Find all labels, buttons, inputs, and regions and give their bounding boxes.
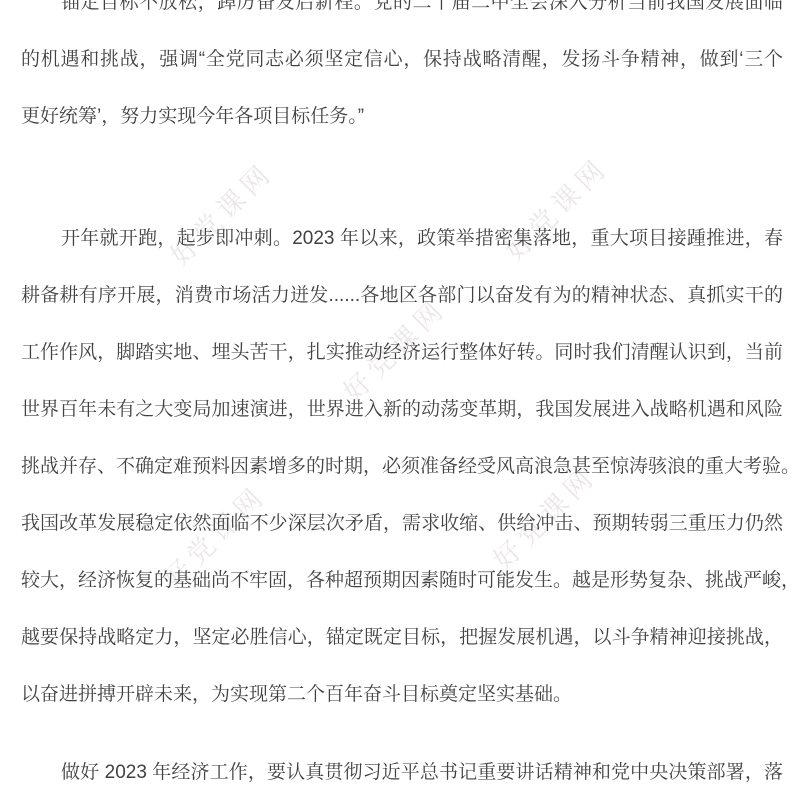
text-line: 工作作风，脚踏实地、埋头苦干，扎实推动经济运行整体好转。同时我们清醒认识到，当前 <box>21 324 783 381</box>
paragraph: 开年就开跑，起步即冲刺。2023 年以来，政策举措密集落地，重大项目接踵推进，春… <box>21 210 783 723</box>
text-line: 以奋进拼搏开辟未来，为实现第二个百年奋斗目标奠定坚实基础。 <box>21 666 783 723</box>
paragraph: 锚定目标不放松，踔厉奋发启新程。党的二十届二中全会深入分析当前我国发展面临 的机… <box>21 0 783 145</box>
text-line: 较大，经济恢复的基础尚不牢固，各种超预期因素随时可能发生。越是形势复杂、挑战严峻… <box>21 552 783 609</box>
text-line: 世界百年未有之大变局加速演进，世界进入新的动荡变革期，我国发展进入战略机遇和风险 <box>21 381 783 438</box>
paragraph: 做好 2023 年经济工作，要认真贯彻习近平总书记重要讲话精神和党中央决策部署，… <box>21 744 783 800</box>
text-line: 越要保持战略定力，坚定必胜信心，锚定既定目标，把握发展机遇，以斗争精神迎接挑战， <box>21 609 783 666</box>
text-line: 挑战并存、不确定难预料因素增多的时期，必须准备经受风高浪急甚至惊涛骇浪的重大考验… <box>21 438 783 495</box>
text-line: 更好统筹’，努力实现今年各项目标任务。” <box>21 88 783 145</box>
text-line: 我国改革发展稳定依然面临不少深层次矛盾，需求收缩、供给冲击、预期转弱三重压力仍然 <box>21 495 783 552</box>
text-line: 开年就开跑，起步即冲刺。2023 年以来，政策举措密集落地，重大项目接踵推进，春 <box>21 210 783 267</box>
text-line: 的机遇和挑战，强调“全党同志必须坚定信心，保持战略清醒，发扬斗争精神，做到‘三个 <box>21 31 783 88</box>
text-line: 锚定目标不放松，踔厉奋发启新程。党的二十届二中全会深入分析当前我国发展面临 <box>21 0 783 31</box>
document-page: 好党课网 好党课网 好党课网 好党课网 好党课网 锚定目标不放松，踔厉奋发启新程… <box>0 0 800 800</box>
text-line: 做好 2023 年经济工作，要认真贯彻习近平总书记重要讲话精神和党中央决策部署，… <box>21 744 783 800</box>
text-line: 耕备耕有序开展，消费市场活力迸发......各地区各部门以奋发有为的精神状态、真… <box>21 267 783 324</box>
